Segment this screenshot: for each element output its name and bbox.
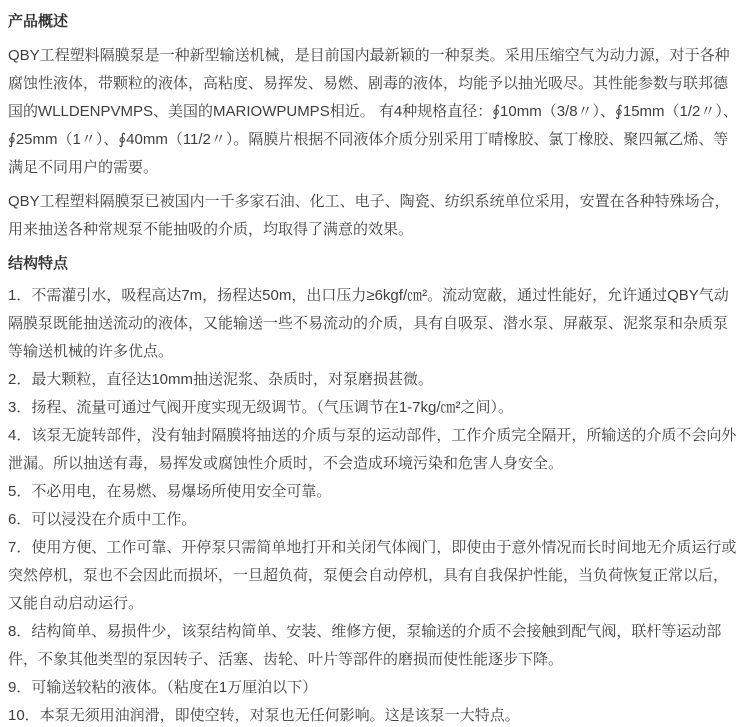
feature-item-6: 6．可以浸没在介质中工作。 xyxy=(8,506,742,534)
feature-item-9: 9．可输送较粘的液体。（粘度在1万厘泊以下） xyxy=(8,674,742,702)
feature-item-2: 2．最大颗粒，直径达10mm抽送泥浆、杂质时，对泵磨损甚微。 xyxy=(8,366,742,394)
feature-item-8: 8．结构简单、易损件少，该泵结构简单、安装、维修方便，泵输送的介质不会接触到配气… xyxy=(8,618,742,674)
overview-paragraph-1: QBY工程塑料隔膜泵是一种新型输送机械，是目前国内最新颖的一种泵类。采用压缩空气… xyxy=(8,42,742,182)
feature-item-10: 10．本泵无须用油润滑，即使空转，对泵也无任何影响。这是该泵一大特点。 xyxy=(8,702,742,727)
section-heading-product-overview: 产品概述 xyxy=(8,8,742,36)
page: { "document": { "background": "#ffffff",… xyxy=(0,0,750,727)
section-heading-structural-features: 结构特点 xyxy=(8,250,742,278)
feature-item-1: 1．不需灌引水，吸程高达7m，扬程达50m，出口压力≥6kgf/㎝²。流动宽蔽，… xyxy=(8,282,742,366)
feature-item-4: 4．该泵无旋转部件，没有轴封隔膜将抽送的介质与泵的运动部件，工作介质完全隔开，所… xyxy=(8,422,742,478)
product-document: 产品概述 QBY工程塑料隔膜泵是一种新型输送机械，是目前国内最新颖的一种泵类。采… xyxy=(0,0,750,727)
feature-item-5: 5．不必用电，在易燃、易爆场所使用安全可靠。 xyxy=(8,478,742,506)
overview-paragraph-2: QBY工程塑料隔膜泵已被国内一千多家石油、化工、电子、陶瓷、纺织系统单位采用，安… xyxy=(8,188,742,244)
feature-item-7: 7．使用方便、工作可靠、开停泵只需简单地打开和关闭气体阀门，即使由于意外情况而长… xyxy=(8,534,742,618)
feature-item-3: 3．扬程、流量可通过气阀开度实现无级调节。（气压调节在1-7kg/㎝²之间）。 xyxy=(8,394,742,422)
